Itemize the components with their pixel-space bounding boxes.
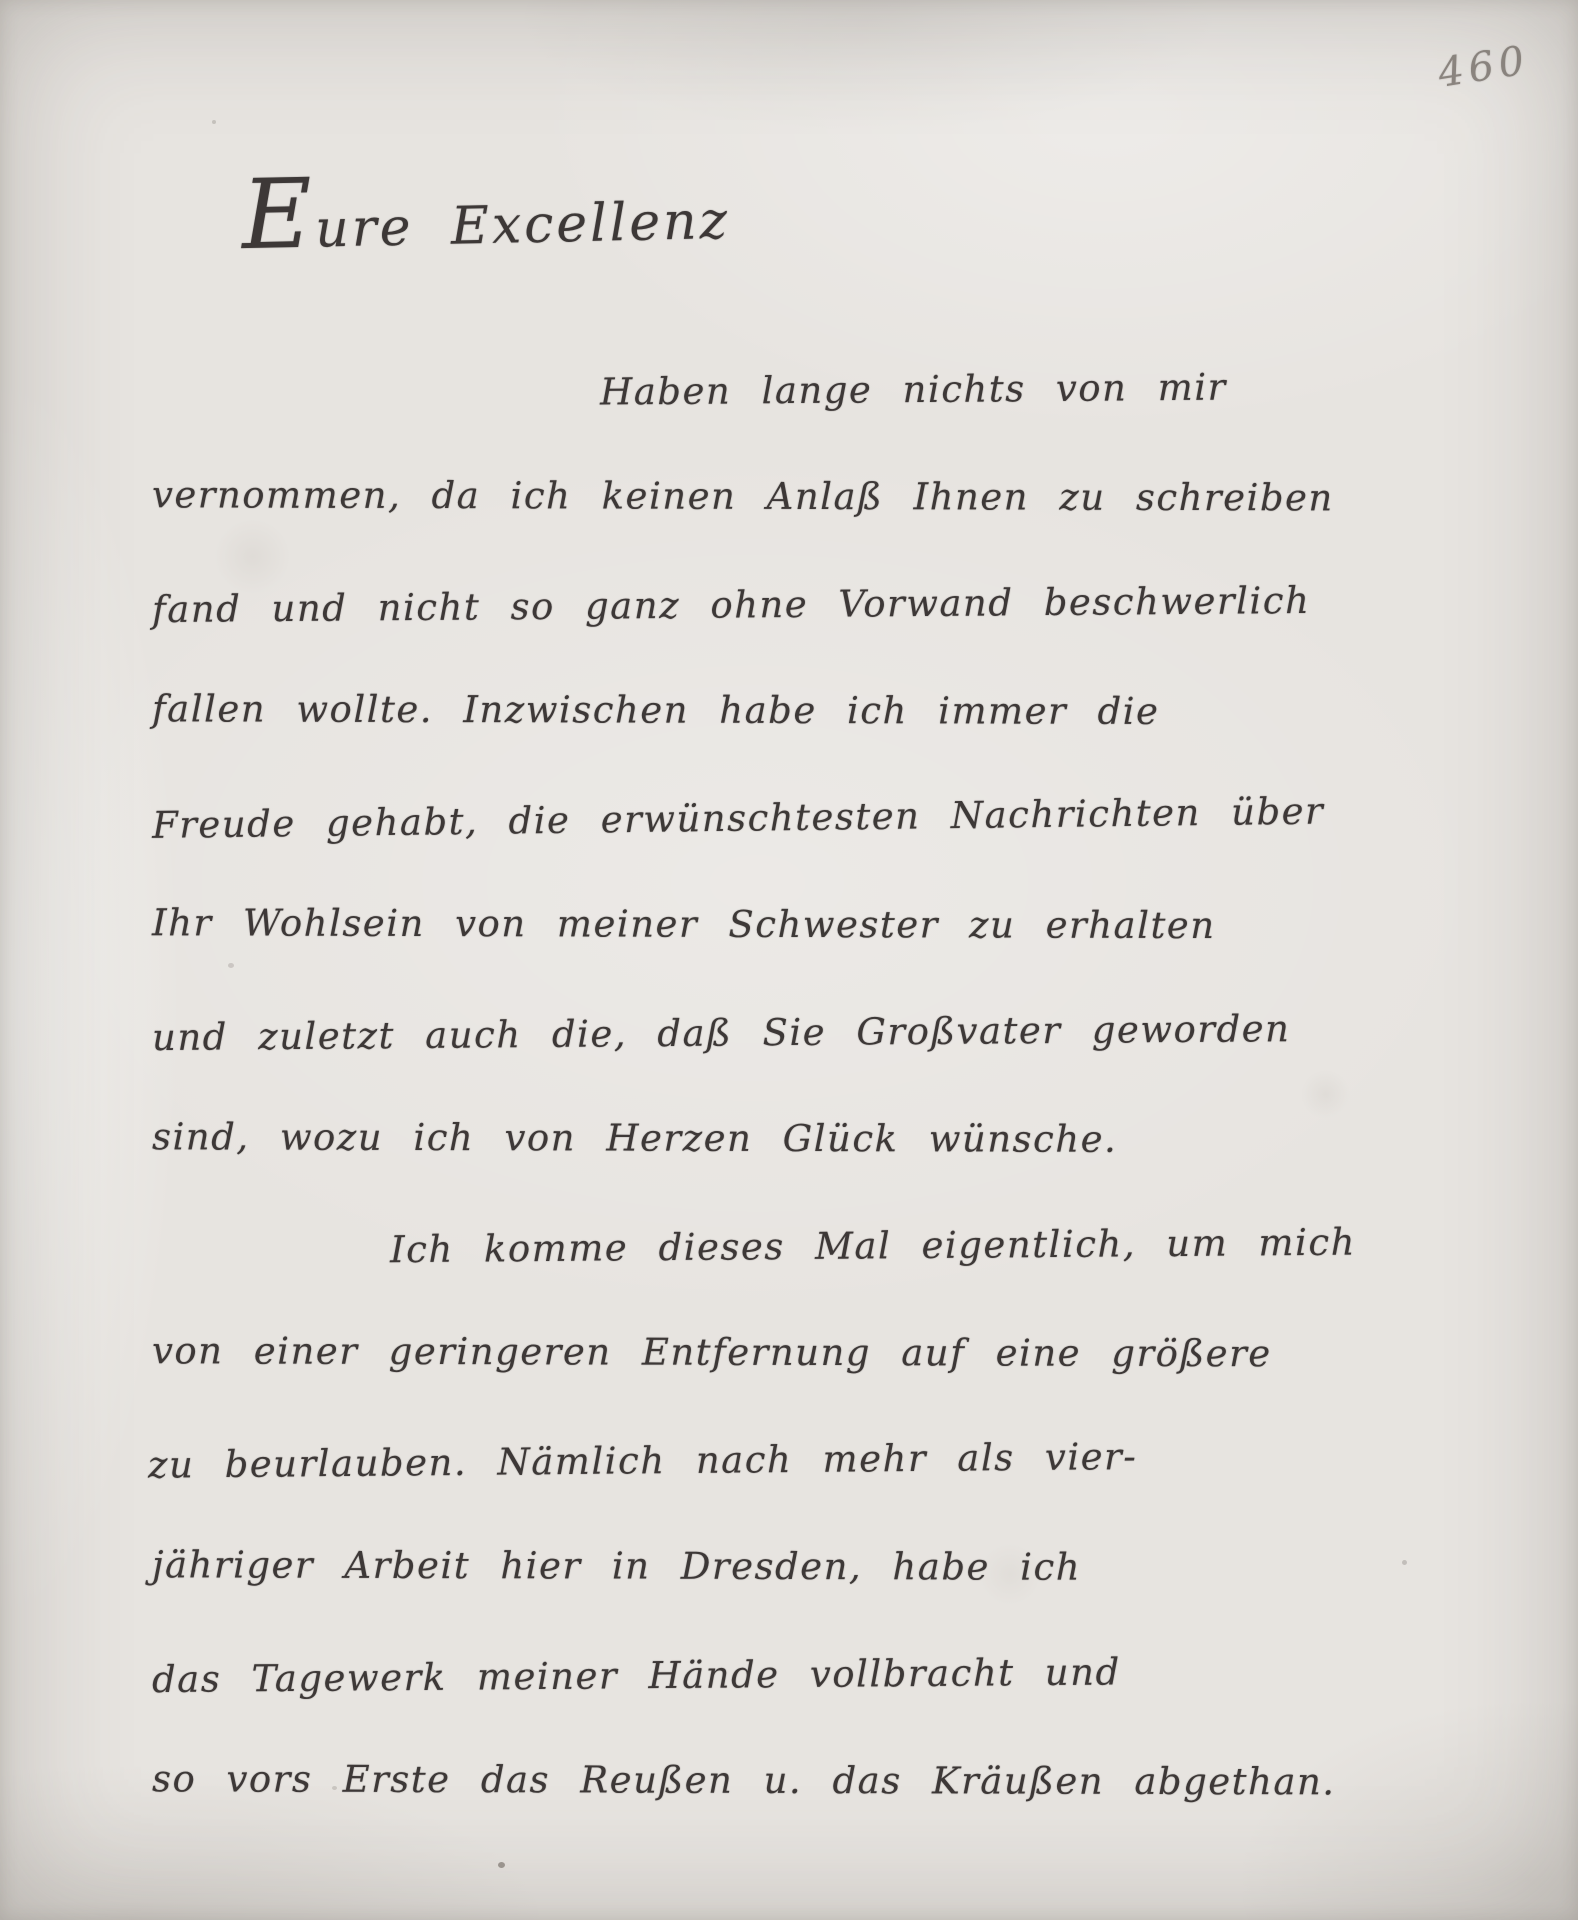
letter-body: Haben lange nichts von mir vernommen, da… — [152, 336, 1442, 1834]
page-number: 460 — [1435, 37, 1532, 97]
letter-line: zu beurlauben. Nämlich nach mehr als vie… — [148, 1400, 1439, 1518]
letter-line: Freude gehabt, die erwünschtesten Nachri… — [151, 756, 1442, 879]
paper-speck — [228, 963, 234, 968]
salutation: Eure Excellenz — [241, 177, 730, 261]
letter-page: 460 Eure Excellenz Haben lange nichts vo… — [0, 0, 1578, 1920]
letter-line: von einer geringeren Entfernung auf eine… — [152, 1297, 1442, 1407]
paper-speck — [212, 120, 216, 124]
paper-speck — [498, 1862, 505, 1868]
letter-line: jähriger Arbeit hier in Dresden, habe ic… — [152, 1511, 1442, 1621]
letter-line: Ihr Wohlsein von meiner Schwester zu erh… — [152, 869, 1442, 979]
paper-speck — [332, 1786, 337, 1790]
letter-line: Ich komme dieses Mal eigentlich, um mich — [152, 1188, 1443, 1305]
letter-line: vernommen, da ich keinen Anlaß Ihnen zu … — [152, 441, 1442, 551]
letter-line: sind, wozu ich von Herzen Glück wünsche. — [152, 1083, 1442, 1193]
letter-line: und zuletzt auch die, daß Sie Großvater … — [152, 974, 1443, 1091]
letter-line: Haben lange nichts von mir — [152, 332, 1443, 449]
letter-line: fallen wollte. Inzwischen habe ich immer… — [152, 655, 1442, 765]
letter-line: das Tagewerk meiner Hände vollbracht und — [152, 1616, 1443, 1733]
letter-line: so vors Erste das Reußen u. das Kräußen … — [152, 1725, 1442, 1835]
letter-line: fand und nicht so ganz ohne Vorwand besc… — [152, 546, 1443, 663]
paper-speck — [1402, 1560, 1407, 1565]
